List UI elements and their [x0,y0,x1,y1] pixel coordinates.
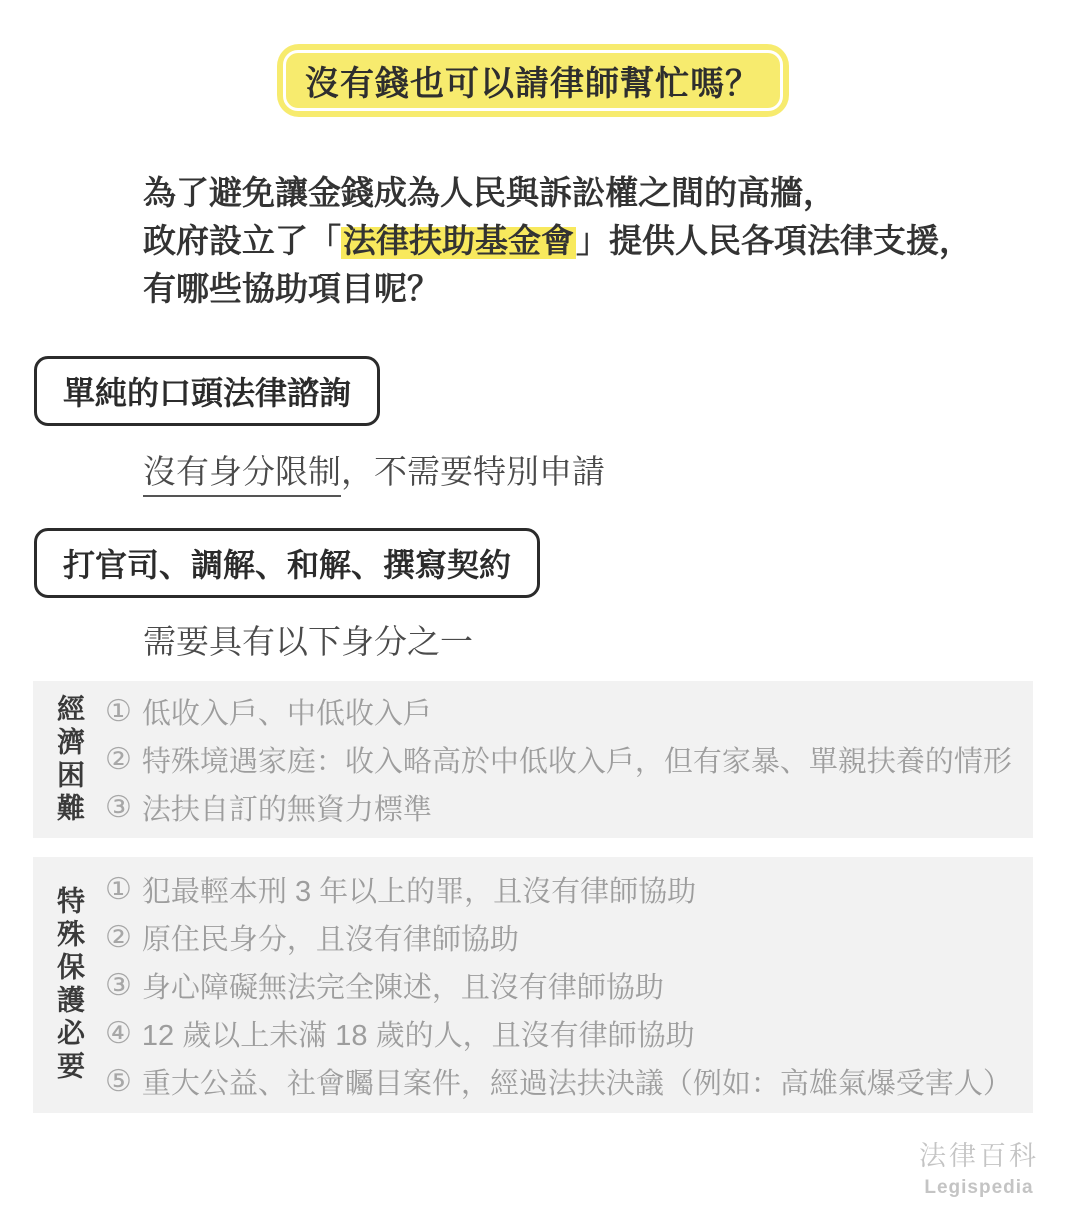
circled-number-icon: ④ [105,1016,132,1051]
list-item-text: 身心障礙無法完全陳述，且沒有律師協助 [142,965,664,1006]
brand-footer: 法律百科 Legispedia [919,1134,1039,1199]
list-item: ③法扶自訂的無資力標準 [105,784,1025,832]
list-item-text: 12 歲以上未滿 18 歲的人，且沒有律師協助 [142,1013,695,1054]
list-item-text: 低收入戶、中低收入戶 [142,691,432,732]
circled-number-icon: ① [105,694,132,729]
consultation-note: 沒有身分限制，不需要特別申請 [143,446,605,493]
group-economic-items: ①低收入戶、中低收入戶 ②特殊境遇家庭：收入略高於中低收入戶，但有家暴、單親扶養… [105,681,1033,838]
list-item-text: 犯最輕本刑 3 年以上的罪，且沒有律師協助 [142,869,696,910]
intro-line-2: 政府設立了「法律扶助基金會」提供人民各項法律支援， [143,217,972,265]
brand-name-en: Legispedia [919,1177,1039,1199]
list-item-text: 重大公益、社會矚目案件，經過法扶決議（例如：高雄氣爆受害人） [142,1061,1012,1102]
consultation-note-rest: ，不需要特別申請 [341,453,605,490]
list-item: ①犯最輕本刑 3 年以上的罪，且沒有律師協助 [105,865,1025,913]
list-item-text: 特殊境遇家庭：收入略高於中低收入戶，但有家暴、單親扶養的情形 [142,739,1012,780]
section-box-lawsuit-label: 打官司、調解、和解、撰寫契約 [63,540,511,586]
list-item: ④12 歲以上未滿 18 歲的人，且沒有律師協助 [105,1009,1025,1057]
page-title: 沒有錢也可以請律師幫忙嗎？ [305,56,760,105]
group-special-protection: 特殊保護必要 ①犯最輕本刑 3 年以上的罪，且沒有律師協助 ②原住民身分，且沒有… [33,857,1033,1113]
infographic-page: 沒有錢也可以請律師幫忙嗎？ 為了避免讓金錢成為人民與訴訟權之間的高牆， 政府設立… [0,0,1065,1218]
list-item-text: 原住民身分，且沒有律師協助 [142,917,519,958]
intro-line-2-suffix: 」提供人民各項法律支援， [576,222,972,259]
circled-number-icon: ① [105,872,132,907]
section-box-consultation: 單純的口頭法律諮詢 [34,356,380,426]
circled-number-icon: ③ [105,968,132,1003]
circled-number-icon: ② [105,742,132,777]
group-economic-hardship: 經濟困難 ①低收入戶、中低收入戶 ②特殊境遇家庭：收入略高於中低收入戶，但有家暴… [33,681,1033,838]
circled-number-icon: ⑤ [105,1064,132,1099]
list-item: ①低收入戶、中低收入戶 [105,688,1025,736]
list-item: ③身心障礙無法完全陳述，且沒有律師協助 [105,961,1025,1009]
intro-paragraph: 為了避免讓金錢成為人民與訴訟權之間的高牆， 政府設立了「法律扶助基金會」提供人民… [143,169,972,313]
group-economic-label-wrap: 經濟困難 [33,681,105,838]
list-item: ②原住民身分，且沒有律師協助 [105,913,1025,961]
lawsuit-note: 需要具有以下身分之一 [143,616,473,663]
intro-line-3: 有哪些協助項目呢？ [143,265,972,313]
group-special-items: ①犯最輕本刑 3 年以上的罪，且沒有律師協助 ②原住民身分，且沒有律師協助 ③身… [105,857,1033,1113]
title-inner-border: 沒有錢也可以請律師幫忙嗎？ [283,50,783,111]
consultation-note-underlined: 沒有身分限制 [143,453,341,497]
list-item: ⑤重大公益、社會矚目案件，經過法扶決議（例如：高雄氣爆受害人） [105,1057,1025,1105]
group-special-label: 特殊保護必要 [49,886,89,1084]
section-box-lawsuit: 打官司、調解、和解、撰寫契約 [34,528,540,598]
intro-line-1: 為了避免讓金錢成為人民與訴訟權之間的高牆， [143,169,972,217]
list-item: ②特殊境遇家庭：收入略高於中低收入戶，但有家暴、單親扶養的情形 [105,736,1025,784]
title-banner: 沒有錢也可以請律師幫忙嗎？ [277,44,789,117]
list-item-text: 法扶自訂的無資力標準 [142,787,432,828]
intro-line-2-prefix: 政府設立了「 [143,222,341,259]
circled-number-icon: ② [105,920,132,955]
group-special-label-wrap: 特殊保護必要 [33,857,105,1113]
brand-name-zh: 法律百科 [919,1134,1039,1173]
group-economic-label: 經濟困難 [49,694,89,826]
section-box-consultation-label: 單純的口頭法律諮詢 [63,368,351,414]
highlighted-term: 法律扶助基金會 [341,222,576,259]
circled-number-icon: ③ [105,790,132,825]
